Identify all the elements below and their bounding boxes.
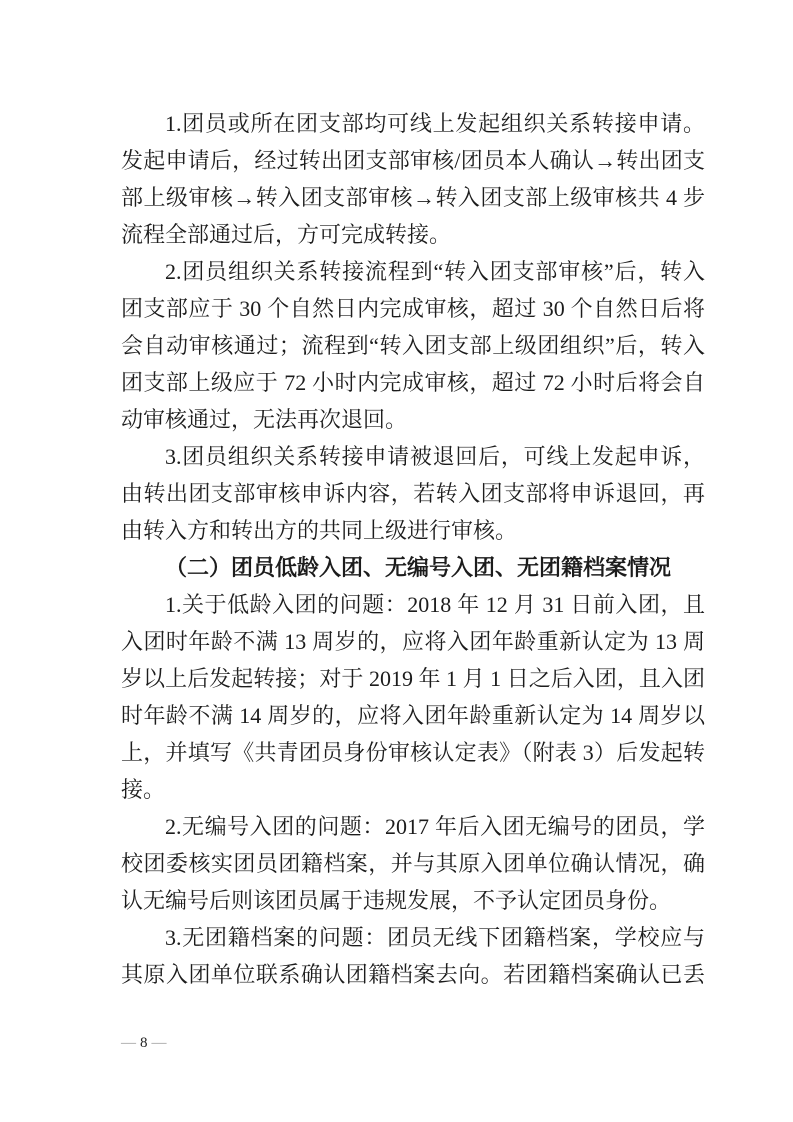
paragraph-review-deadlines: 2.团员组织关系转接流程到“转入团支部审核”后，转入团支部应于 30 个自然日内… <box>121 253 705 438</box>
paragraph-transfer-request-steps: 1.团员或所在团支部均可线上发起组织关系转接申请。发起申请后，经过转出团支部审核… <box>121 105 705 253</box>
paragraph-underage-membership: 1.关于低龄入团的问题：2018 年 12 月 31 日前入团，且入团时年龄不满… <box>121 586 705 808</box>
section-heading-2: （二）团员低龄入团、无编号入团、无团籍档案情况 <box>121 549 705 586</box>
paragraph-no-archive: 3.无团籍档案的问题：团员无线下团籍档案，学校应与其原入团单位联系确认团籍档案去… <box>121 919 705 993</box>
document-page: 1.团员或所在团支部均可线上发起组织关系转接申请。发起申请后，经过转出团支部审核… <box>0 0 793 1122</box>
page-footer: —8— <box>117 1033 171 1053</box>
paragraph-appeal-process: 3.团员组织关系转接申请被退回后，可线上发起申诉，由转出团支部审核申诉内容，若转… <box>121 438 705 549</box>
page-number-dash-left: — <box>117 1035 140 1051</box>
paragraph-no-number-membership: 2.无编号入团的问题：2017 年后入团无编号的团员，学校团委核实团员团籍档案，… <box>121 808 705 919</box>
page-number-dash-right: — <box>148 1035 171 1051</box>
page-number: 8 <box>140 1035 148 1051</box>
document-body: 1.团员或所在团支部均可线上发起组织关系转接申请。发起申请后，经过转出团支部审核… <box>121 105 705 993</box>
